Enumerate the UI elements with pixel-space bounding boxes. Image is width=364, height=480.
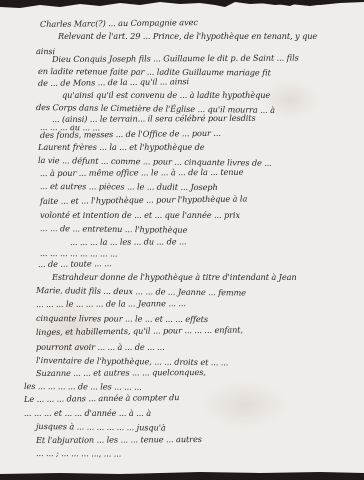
manuscript-page: Charles Marc(?) ... au Compagnie avecRel… <box>0 0 364 480</box>
handwritten-line: Dieu Conquis Joseph fils ... Guillaume l… <box>52 52 299 64</box>
handwritten-line: ... de ... toute ... ... <box>38 258 112 269</box>
handwritten-line: ... ... ... ... ... ... ... ... <box>40 248 118 258</box>
torn-top-edge <box>0 0 364 16</box>
handwritten-line: Charles Marc(?) ... au Compagnie avec <box>40 17 198 29</box>
handwritten-line: Relevant de l'art. 29 ... Prince, de l'h… <box>58 31 317 41</box>
handwritten-line: Suzanne ... ... et autres ... ... quelco… <box>36 367 206 378</box>
handwritten-line: Et l'abjuration ... les ... ... tenue ..… <box>36 434 202 445</box>
handwritten-line: jusques à ... ... ... ... ... ... jusqu'… <box>36 421 166 433</box>
handwritten-line: ... ... ... la ... les ... du ... de ... <box>70 236 187 247</box>
handwritten-line: linges, et habillements, qu'il ... pour … <box>36 324 243 337</box>
handwritten-line: Marie, dudit fils ... deux ... ... de ..… <box>36 285 246 298</box>
handwritten-line: ... ... ... le ... ... ... de la ... Jea… <box>36 298 186 309</box>
handwritten-line: l'inventaire de l'hypothèque, ... ... dr… <box>36 355 228 367</box>
handwritten-line: ... et autres ... pièces ... le ... dudi… <box>40 181 218 192</box>
handwritten-line: de ... de Mons ... de la ... qu'il ... a… <box>38 76 189 88</box>
handwritten-line: Le ... ... ... dans ... année à compter … <box>24 392 180 404</box>
paper-stain <box>200 380 290 430</box>
handwritten-line: faite ... et ... l'hypothèque ... pour l… <box>40 193 247 206</box>
handwritten-line: des fonds, messes ... de l'Office de ...… <box>40 128 221 140</box>
handwritten-line: qu'ainsi qu'il est convenu de ... à ladi… <box>62 90 270 100</box>
handwritten-line: pourront avoir ... ... à ... de ... ... <box>36 342 165 352</box>
handwritten-line: ... à pour ... même office ... le ... à … <box>40 167 243 178</box>
torn-bottom-edge <box>0 468 364 480</box>
handwritten-line: Laurent frères ... la ... et l'hypothèqu… <box>38 142 205 152</box>
handwritten-line: volonté et intention de ... et ... que l… <box>40 210 240 220</box>
handwritten-line: ... ... ... et ... ... d'année ... à ...… <box>24 408 151 418</box>
handwritten-line: cinquante livres pour ... le ... et ... … <box>36 313 208 324</box>
handwritten-line: Estrahdeur donne de l'hypothèque à titre… <box>52 272 297 282</box>
handwritten-line: les ... ... ... ... de ... les ... ... .… <box>24 381 142 392</box>
handwritten-line: ... ... ; ... ... ... ..., ... ... <box>36 448 121 459</box>
handwritten-line: ... ... de ... entretenu ... l'hypothèqu… <box>40 223 188 235</box>
